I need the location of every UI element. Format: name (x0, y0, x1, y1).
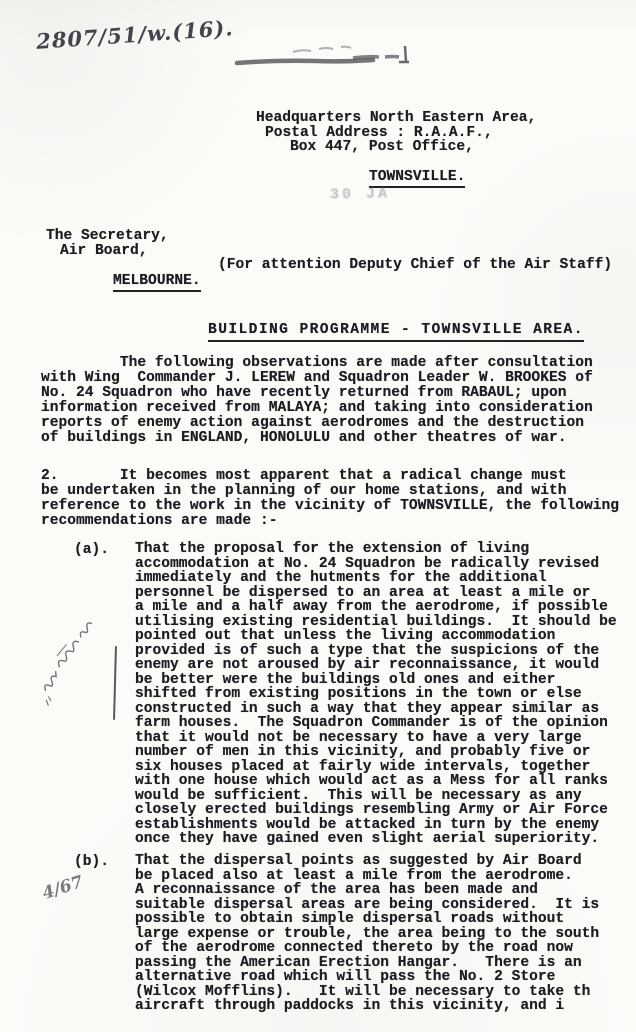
document-title-wrap: BUILDING PROGRAMME - TOWNSVILLE AREA. (173, 306, 584, 354)
paragraph-1: The following observations are made afte… (41, 356, 593, 447)
date-stamp: 30 JA (330, 185, 390, 203)
item-a-text: That the proposal for the extension of l… (135, 542, 617, 847)
recipient-city: MELBOURNE. (78, 257, 201, 305)
sender-address-line-1: Headquarters North Eastern Area, (256, 110, 536, 126)
item-a-marker: (a). (74, 542, 109, 558)
scanned-letter-page: 2807/51/w.(16). Headquarters North Easte… (0, 0, 636, 1032)
handwritten-file-reference: 2807/51/w.(16). (35, 15, 234, 54)
recipient-line-1: The Secretary, (46, 228, 169, 244)
margin-note-4-67: 4/67 (40, 872, 86, 904)
margin-handwriting-scribble (16, 598, 128, 716)
paragraph-2: 2. It becomes most apparent that a radic… (41, 469, 619, 529)
attention-note: (For attention Deputy Chief of the Air S… (218, 257, 612, 273)
item-b-marker: (b). (74, 854, 109, 870)
item-b-text: That the dispersal points as suggested b… (135, 854, 599, 1014)
document-title: BUILDING PROGRAMME - TOWNSVILLE AREA. (208, 322, 584, 342)
recipient-city-underlined: MELBOURNE. (113, 273, 201, 292)
faded-stamp-smudge (233, 38, 419, 74)
